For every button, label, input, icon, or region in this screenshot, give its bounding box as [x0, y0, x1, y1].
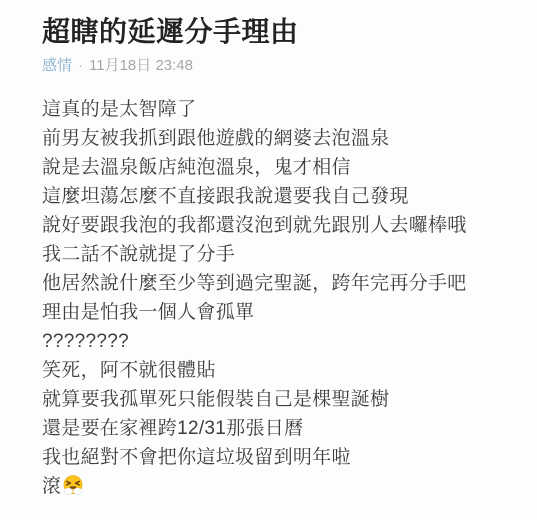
meta-separator: · — [78, 56, 83, 76]
body-line: 這真的是太智障了 — [42, 95, 509, 124]
body-line: 理由是怕我一個人會孤單 — [42, 298, 509, 327]
body-line-last: 滾 — [42, 472, 509, 505]
body-line: 前男友被我抓到跟他遊戲的網婆去泡溫泉 — [42, 124, 509, 153]
post-timestamp: 11月18日 23:48 — [89, 56, 193, 76]
body-line: 說是去溫泉飯店純泡溫泉，鬼才相信 — [42, 153, 509, 182]
post-title: 超瞎的延遲分手理由 — [42, 14, 509, 50]
body-line: 就算要我孤單死只能假裝自己是棵聖誕樹 — [42, 385, 509, 414]
body-line: 這麼坦蕩怎麼不直接跟我說還要我自己發現 — [42, 182, 509, 211]
body-line: 他居然說什麼至少等到過完聖誕，跨年完再分手吧 — [42, 269, 509, 298]
body-line: ???????? — [42, 327, 509, 356]
body-line: 還是要在家裡跨12/31那張日曆 — [42, 414, 509, 443]
body-line: 說好要跟我泡的我都還沒泡到就先跟別人去囉棒哦 — [42, 211, 509, 240]
body-line: 笑死，阿不就很體貼 — [42, 356, 509, 385]
post-meta: 感情 · 11月18日 23:48 — [42, 56, 509, 76]
body-line: 我二話不說就提了分手 — [42, 240, 509, 269]
post-page: 超瞎的延遲分手理由 感情 · 11月18日 23:48 這真的是太智障了 前男友… — [0, 0, 537, 520]
post-body: 這真的是太智障了 前男友被我抓到跟他遊戲的網婆去泡溫泉 說是去溫泉飯店純泡溫泉，… — [42, 95, 509, 505]
body-line-text: 滾 — [42, 476, 61, 497]
body-line: 我也絕對不會把你這垃圾留到明年啦 — [42, 443, 509, 472]
category-link[interactable]: 感情 — [42, 56, 72, 76]
face-with-steam-emoji — [63, 475, 83, 505]
